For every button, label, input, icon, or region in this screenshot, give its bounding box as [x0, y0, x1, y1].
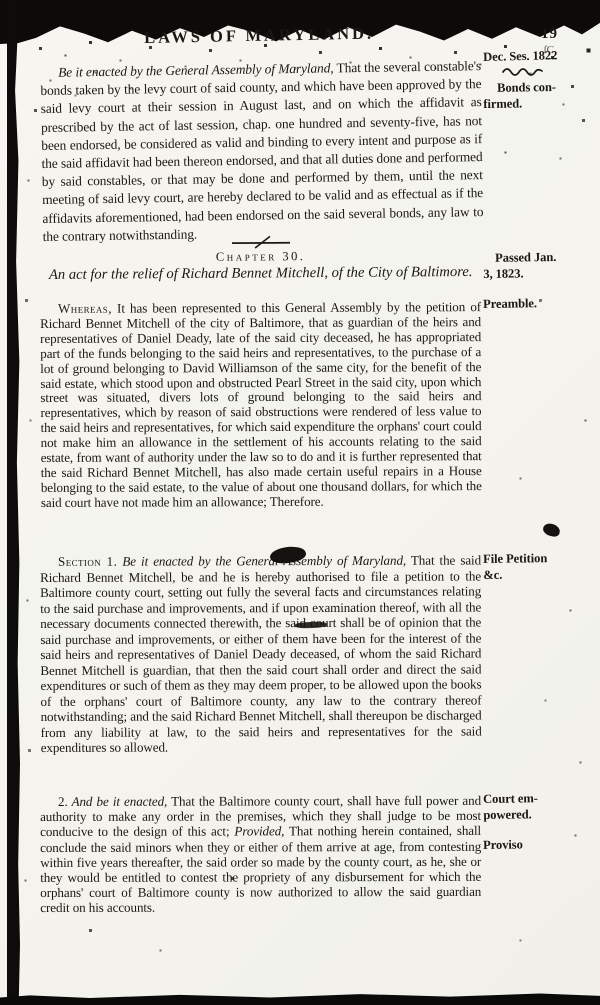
chapter-block: Chapter 30. An act for the relief of Ric…: [40, 234, 481, 285]
scan-bottom-edge: [0, 992, 600, 1005]
paragraph-text: It has been represented to this General …: [40, 299, 482, 510]
ink-blot-small: [542, 522, 561, 538]
paragraph-preamble: Whereas, It has been represented to this…: [40, 300, 482, 511]
margin-note-proviso: Proviso: [483, 836, 595, 853]
scan-gutter-shadow: [7, 0, 20, 1005]
paragraph-text: That the several constable's bonds taken…: [40, 58, 483, 244]
enacting-clause: And be it enacted,: [68, 794, 168, 809]
margin-note-court-empowered: Court em- powered.: [483, 790, 595, 823]
chapter-heading: Chapter 30.: [40, 248, 481, 266]
paragraph-text: That the said Richard Bennet Mitchell, b…: [40, 552, 482, 755]
whereas-lead: Whereas,: [58, 301, 112, 316]
chapter-title: An act for the relief of Richard Bennet …: [40, 264, 481, 285]
margin-note-session: Dec. Ses. 1822: [483, 47, 595, 65]
paragraph-section-1: Section 1. Be it enacted by the General …: [40, 552, 482, 755]
margin-note-passed-date: Passed Jan. 3, 1823.: [483, 249, 595, 282]
wave-flourish-icon: [501, 66, 545, 76]
page-number: 19: [541, 26, 558, 43]
enacting-clause: Be it enacted by the General Assembly of…: [58, 60, 334, 79]
margin-note-file-petition: File Petition &c.: [483, 550, 595, 583]
paragraph-section-2: 2. And be it enacted, That the Baltimore…: [40, 793, 481, 916]
margin-note-bonds-confirmed: Bonds con- firmed.: [483, 79, 595, 112]
proviso-word: Provided,: [234, 824, 284, 839]
paragraph-bonds-act: Be it enacted by the General Assembly of…: [40, 57, 484, 246]
enacting-clause: Be it enacted by the General Assembly of…: [117, 553, 406, 569]
scan-speckle-noise: [0, 0, 1, 1]
dash-slash-rule-icon: [229, 235, 291, 248]
section-number: 2.: [58, 794, 68, 809]
margin-note-preamble: Preamble.: [483, 295, 595, 312]
scanned-law-page: LAWS OF MARYLAND. 19 ſC Be it enacted by…: [0, 0, 600, 1005]
section-number: Section 1.: [58, 554, 117, 569]
